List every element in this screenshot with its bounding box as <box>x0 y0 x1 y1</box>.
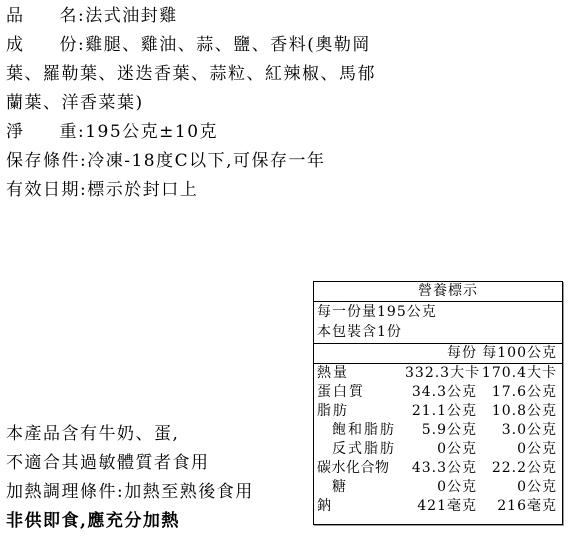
nutrition-row-sodium: 鈉 421毫克 216毫克 <box>314 497 562 516</box>
header-per-100g: 每100公克 <box>477 344 557 363</box>
nutrient-per-serving: 0公克 <box>405 478 477 497</box>
nutrition-title: 營養標示 <box>314 282 562 302</box>
product-name-label-b: 名 <box>60 6 79 26</box>
nutrient-per-100g: 10.8公克 <box>477 402 557 421</box>
ingredients-value: 雞腿、雞油、蒜、鹽、香料(奧勒岡 <box>85 35 371 55</box>
nutrition-row-saturated-fat: 飽和脂肪 5.9公克 3.0公克 <box>314 421 562 440</box>
nutrient-name: 碳水化合物 <box>314 459 405 478</box>
nutrition-facts-table: 營養標示 每一份量195公克 本包裝含1份 每份 每100公克 熱量 332.3… <box>313 281 563 525</box>
serving-size: 每一份量195公克 <box>314 302 562 322</box>
nutrient-per-serving: 421毫克 <box>405 497 477 516</box>
nutrition-row-trans-fat: 反式脂肪 0公克 0公克 <box>314 440 562 459</box>
product-name-value: 法式油封雞 <box>85 6 178 26</box>
nutrient-per-100g: 22.2公克 <box>477 459 557 478</box>
nutrient-per-serving: 0公克 <box>405 440 477 459</box>
storage-line: 保存條件:冷凍-18度C以下,可保存一年 <box>6 147 406 176</box>
nutrient-per-serving: 5.9公克 <box>405 421 477 440</box>
net-weight-value: 195公克±10克 <box>85 122 218 142</box>
product-name-label-a: 品 <box>6 6 25 26</box>
expiry-label: 有效日期 <box>6 180 80 200</box>
nutrient-per-serving: 21.1公克 <box>405 402 477 421</box>
nutrition-column-header: 每份 每100公克 <box>314 344 562 364</box>
nutrient-per-100g: 216毫克 <box>477 497 557 516</box>
nutrient-per-serving: 34.3公克 <box>405 383 477 402</box>
net-weight-label-b: 重 <box>60 122 79 142</box>
nutrition-row-protein: 蛋白質 34.3公克 17.6公克 <box>314 383 562 402</box>
ingredients-continuation-1: 葉、羅勒葉、迷迭香葉、蒜粒、紅辣椒、馬郁 <box>6 60 406 89</box>
nutrition-row-calories: 熱量 332.3大卡 170.4大卡 <box>314 364 562 383</box>
ingredients-label-a: 成 <box>6 35 25 55</box>
nutrient-per-serving: 332.3大卡 <box>405 364 477 383</box>
nutrient-per-100g: 0公克 <box>477 478 557 497</box>
not-ready-to-eat-notice: 非供即食,應充分加熱 <box>6 507 254 536</box>
nutrient-per-100g: 0公克 <box>477 440 557 459</box>
header-name-spacer <box>314 344 405 363</box>
expiry-line: 有效日期:標示於封口上 <box>6 176 406 205</box>
nutrient-name: 脂肪 <box>314 402 405 421</box>
nutrition-row-sugar: 糖 0公克 0公克 <box>314 478 562 497</box>
heating-instructions: 加熱調理條件:加熱至熟後食用 <box>6 478 254 507</box>
expiry-value: 標示於封口上 <box>87 180 198 200</box>
nutrient-name: 反式脂肪 <box>314 440 405 459</box>
nutrient-name: 糖 <box>314 478 405 497</box>
header-per-serving: 每份 <box>405 344 477 363</box>
nutrition-row-carbohydrate: 碳水化合物 43.3公克 22.2公克 <box>314 459 562 478</box>
ingredients-continuation-2: 蘭葉、洋香菜葉) <box>6 89 406 118</box>
nutrient-per-100g: 170.4大卡 <box>477 364 557 383</box>
storage-label: 保存條件 <box>6 151 80 171</box>
storage-value: 冷凍-18度C以下,可保存一年 <box>87 151 325 171</box>
nutrient-name: 蛋白質 <box>314 383 405 402</box>
ingredients-label-b: 份 <box>60 35 79 55</box>
servings-per-package: 本包裝含1份 <box>314 322 562 344</box>
net-weight-label-a: 淨 <box>6 122 25 142</box>
ingredients-line: 成份:雞腿、雞油、蒜、鹽、香料(奧勒岡 <box>6 31 406 60</box>
nutrient-per-100g: 17.6公克 <box>477 383 557 402</box>
allergen-line-1: 本產品含有牛奶、蛋, <box>6 420 254 449</box>
product-info-block: 品名:法式油封雞 成份:雞腿、雞油、蒜、鹽、香料(奧勒岡 葉、羅勒葉、迷迭香葉、… <box>6 2 406 205</box>
nutrient-name: 鈉 <box>314 497 405 516</box>
nutrient-name: 飽和脂肪 <box>314 421 405 440</box>
net-weight-line: 淨重:195公克±10克 <box>6 118 406 147</box>
nutrient-name: 熱量 <box>314 364 405 383</box>
allergen-line-2: 不適合其過敏體質者食用 <box>6 449 254 478</box>
nutrition-row-fat: 脂肪 21.1公克 10.8公克 <box>314 402 562 421</box>
nutrient-per-serving: 43.3公克 <box>405 459 477 478</box>
warnings-block: 本產品含有牛奶、蛋, 不適合其過敏體質者食用 加熱調理條件:加熱至熟後食用 非供… <box>6 420 254 536</box>
product-name-line: 品名:法式油封雞 <box>6 2 406 31</box>
nutrient-per-100g: 3.0公克 <box>477 421 557 440</box>
